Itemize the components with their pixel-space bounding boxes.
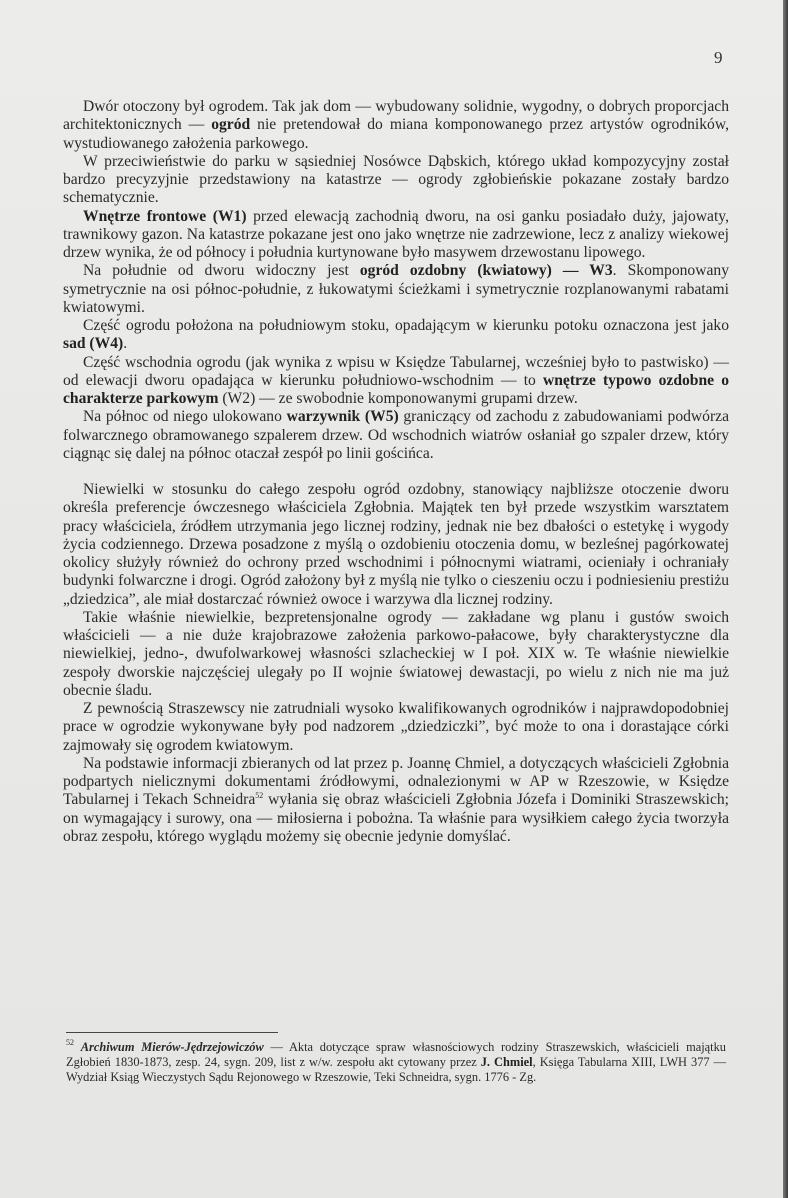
paragraph: Na południe od dworu widoczny jest ogród…: [63, 262, 729, 317]
paragraph: Z pewnością Straszewscy nie zatrudniali …: [63, 700, 729, 755]
page-edge-shadow: [783, 0, 788, 1198]
emphasized-text: Wnętrze frontowe (W1): [83, 208, 247, 225]
paragraph: Dwór otoczony był ogrodem. Tak jak dom —…: [63, 98, 729, 153]
text-run: Na północ od niego ulokowano: [83, 408, 287, 425]
emphasized-text: ogród: [211, 116, 250, 133]
footnote-number: 52: [66, 1038, 74, 1047]
emphasized-text: warzywnik (W5): [287, 408, 399, 425]
text-run: .: [123, 335, 127, 352]
paragraph: Wnętrze frontowe (W1) przed elewacją zac…: [63, 208, 729, 263]
paragraph: Na północ od niego ulokowano warzywnik (…: [63, 408, 729, 463]
page-number: 9: [714, 48, 723, 68]
text-run: Część ogrodu położona na południowym sto…: [83, 317, 729, 334]
document-page: 9 Dwór otoczony był ogrodem. Tak jak dom…: [0, 0, 783, 1198]
paragraph: Niewielki w stosunku do całego zespołu o…: [63, 481, 729, 609]
paragraph: W przeciwieństwie do parku w sąsiedniej …: [63, 153, 729, 208]
paragraph: Część wschodnia ogrodu (jak wynika z wpi…: [63, 354, 729, 409]
emphasized-text: ogród ozdobny (kwiatowy) — W3: [360, 262, 613, 279]
text-run: Z pewnością Straszewscy nie zatrudniali …: [63, 700, 729, 754]
footnote-divider: [66, 1032, 278, 1033]
paragraph: Na podstawie informacji zbieranych od la…: [63, 755, 729, 846]
footnote: 52 Archiwum Mierów-Jędrzejowiczów — Akta…: [66, 1040, 726, 1085]
emphasized-text: Archiwum Mierów-Jędrzejowiczów: [81, 1040, 264, 1054]
text-run: Takie właśnie niewielkie, bezpretensjona…: [63, 609, 729, 699]
emphasized-text: J. Chmiel: [481, 1055, 533, 1069]
paragraph: Część ogrodu położona na południowym sto…: [63, 317, 729, 354]
text-run: Na południe od dworu widoczny jest: [83, 262, 360, 279]
body-text: Dwór otoczony był ogrodem. Tak jak dom —…: [63, 98, 729, 846]
emphasized-text: sad (W4): [63, 335, 123, 352]
text-run: Niewielki w stosunku do całego zespołu o…: [63, 481, 729, 608]
text-run: W przeciwieństwie do parku w sąsiedniej …: [63, 153, 729, 207]
text-run: (W2) — ze swobodnie komponowanymi grupam…: [218, 390, 577, 407]
paragraph: Takie właśnie niewielkie, bezpretensjona…: [63, 609, 729, 700]
